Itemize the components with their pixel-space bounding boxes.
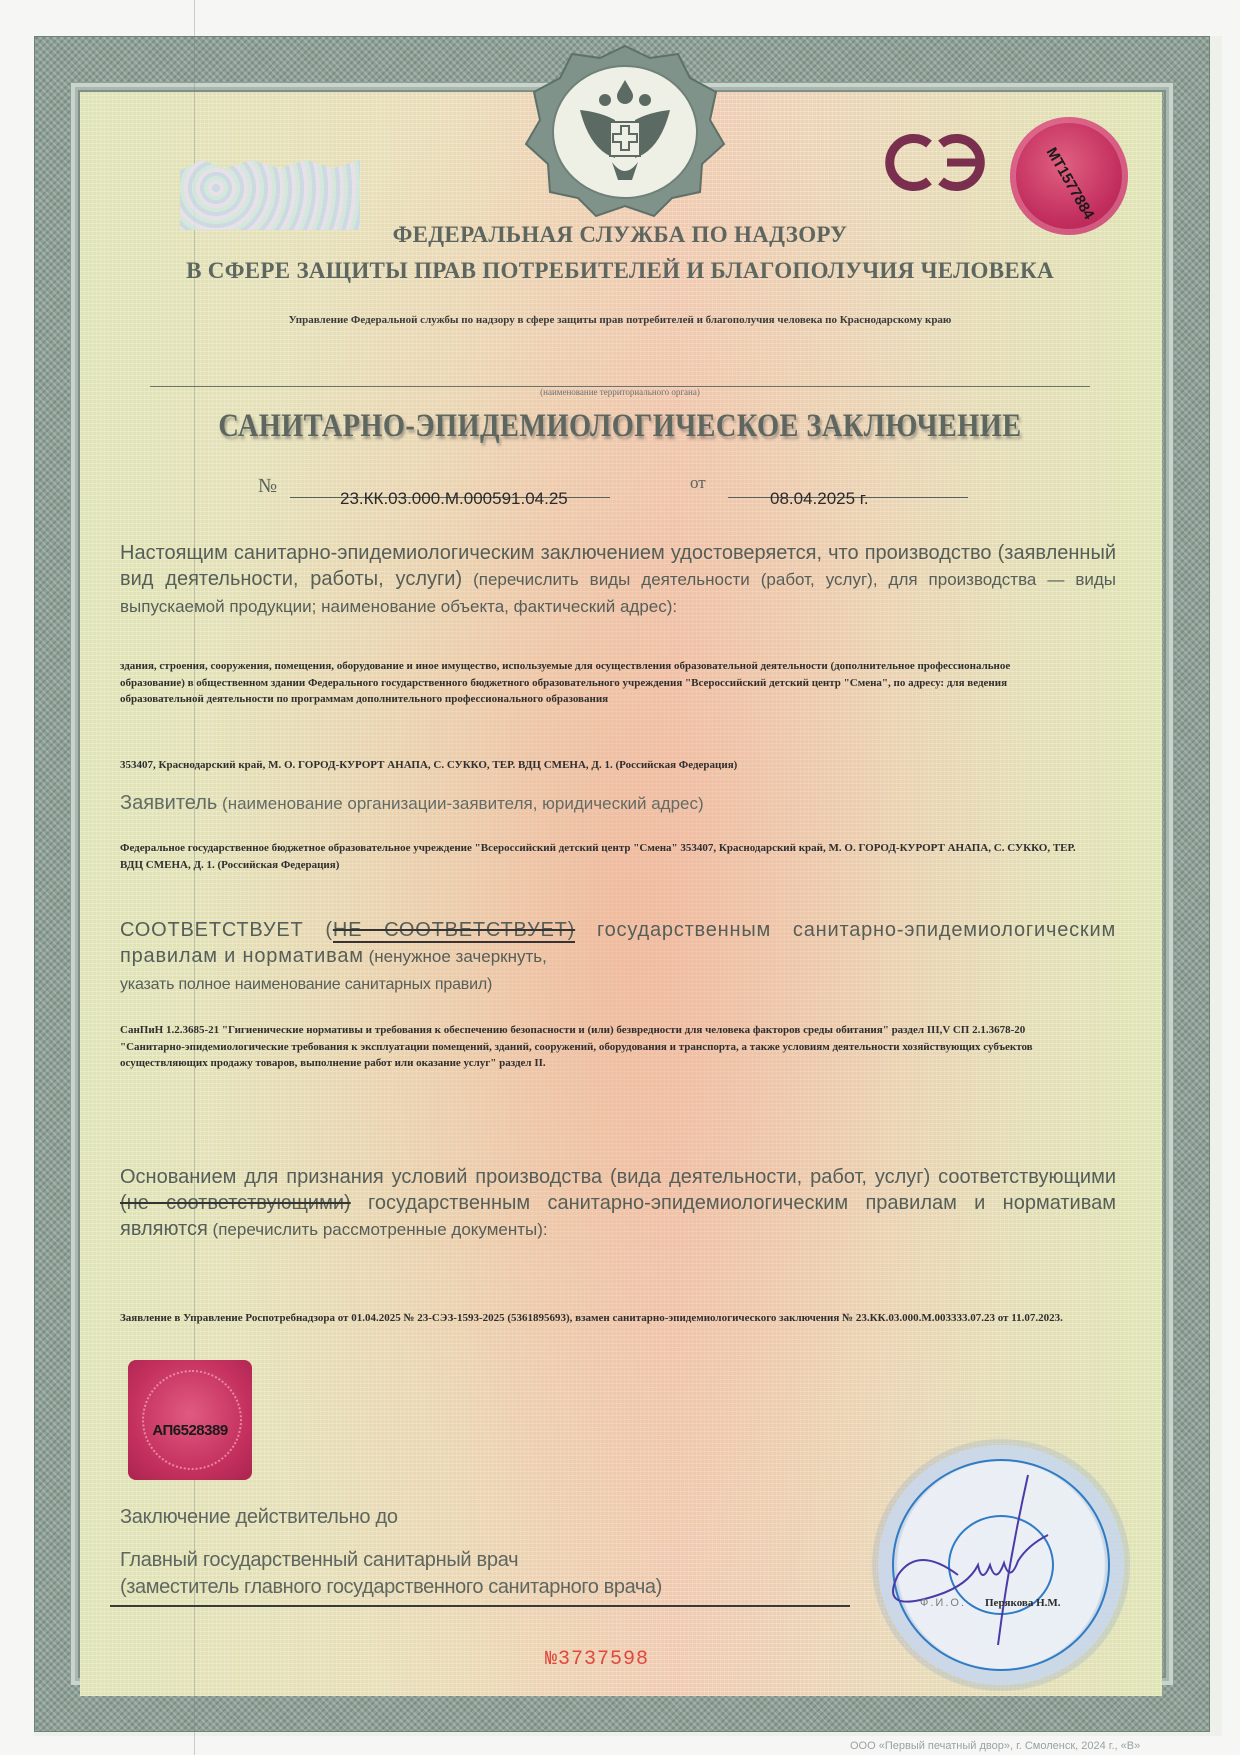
document-title: САНИТАРНО-ЭПИДЕМИОЛОГИЧЕСКОЕ ЗАКЛЮЧЕНИЕ [173, 408, 1067, 445]
basis-hint: (перечислить рассмотренные документы): [208, 1220, 548, 1239]
basis-statement: Основанием для признания условий произво… [120, 1164, 1116, 1243]
document-date: 08.04.2025 г. [770, 489, 869, 509]
fio-caption: Ф.И.О. [920, 1597, 966, 1609]
signature-line [110, 1605, 850, 1607]
sanitary-norms: СанПиН 1.2.3685-21 "Гигиенические нормат… [120, 1022, 1080, 1072]
applicant-hint: (наименование организации-заявителя, юри… [217, 794, 703, 813]
applicant-label: Заявитель (наименование организации-заяв… [120, 792, 704, 815]
compliance-statement: СООТВЕТСТВУЕТ (НЕ СООТВЕТСТВУЕТ) государ… [120, 917, 1116, 998]
agency-name-line1: ФЕДЕРАЛЬНАЯ СЛУЖБА ПО НАДЗОРУ [140, 222, 1100, 248]
not-complies-struck: НЕ СООТВЕТСТВУЕТ) [333, 919, 575, 943]
compliance-hint2: указать полное наименование санитарных п… [120, 976, 492, 993]
facility-address: 353407, Краснодарский край, М. О. ГОРОД-… [120, 757, 1020, 774]
signer-name: Перякова Н.М. [985, 1597, 1061, 1609]
hologram-top-number: MT1577884 [1043, 145, 1098, 223]
se-logo-icon [885, 130, 990, 195]
double-headed-eagle-emblem-icon [520, 40, 730, 220]
chief-doctor-line1: Главный государственный санитарный врач [120, 1549, 518, 1572]
printer-note: ООО «Первый печатный двор», г. Смоленск,… [850, 1740, 1140, 1752]
basis-documents: Заявление в Управление Роспотребнадзора … [120, 1310, 1080, 1327]
hologram-bottom-number: АП6528389 [128, 1422, 252, 1439]
hologram-seal-top: MT1577884 [1010, 117, 1128, 235]
hologram-seal-bottom: АП6528389 [128, 1360, 252, 1480]
chief-doctor-line2: (заместитель главного государственного с… [120, 1576, 662, 1599]
compliance-hint1: (ненужное зачеркнуть, [364, 947, 547, 966]
basis-text-a: Основанием для признания условий произво… [120, 1166, 1116, 1188]
applicant-value: Федеральное государственное бюджетное об… [120, 840, 1100, 873]
form-serial-number: №3737598 [545, 1648, 649, 1671]
document-number-line: № 23.КК.03.000.М.000591.04.25 от 08.04.2… [258, 475, 938, 505]
complies-text: СООТВЕТСТВУЕТ ( [120, 919, 333, 941]
basis-struck: (не соответствующими) [120, 1192, 351, 1214]
date-label: от [690, 473, 706, 493]
territorial-body-caption: (наименование территориального органа) [100, 387, 1140, 397]
agency-name-line2: В СФЕРЕ ЗАЩИТЫ ПРАВ ПОТРЕБИТЕЛЕЙ И БЛАГО… [140, 258, 1100, 284]
territorial-body: Управление Федеральной службы по надзору… [100, 314, 1140, 326]
valid-until-label: Заключение действительно до [120, 1506, 398, 1529]
handwritten-signature-icon [878, 1445, 1124, 1685]
hologram-ring [142, 1370, 242, 1470]
hologram-strip [180, 160, 360, 230]
certification-intro: Настоящим санитарно-эпидемиологическим з… [120, 540, 1116, 620]
document-number: 23.КК.03.000.М.000591.04.25 [340, 489, 568, 509]
official-round-stamp-icon [878, 1445, 1124, 1685]
activity-description: здания, строения, сооружения, помещения,… [120, 658, 1060, 708]
applicant-label-text: Заявитель [120, 792, 217, 814]
number-label: № [258, 475, 277, 498]
